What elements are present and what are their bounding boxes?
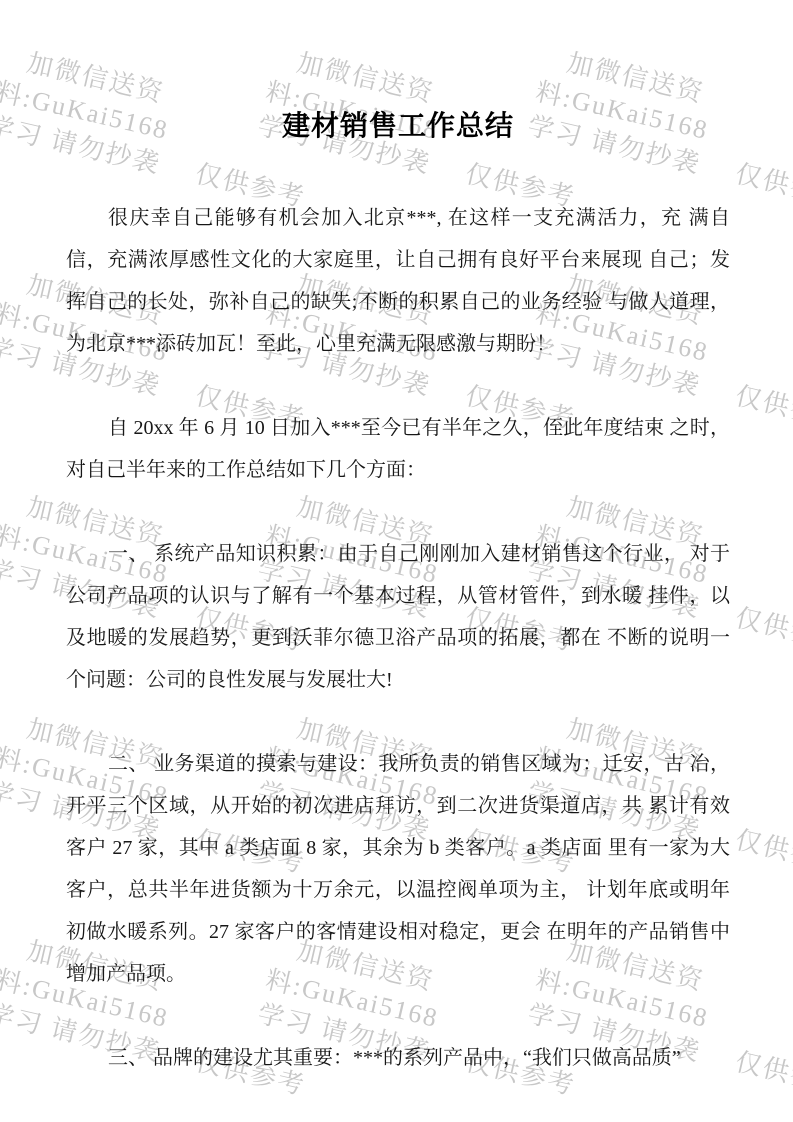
paragraph-section-1: 一、 系统产品知识积累：由于自己刚刚加入建材销售这个行业， 对于公司产品项的认识… [66,533,730,701]
document-title: 建材销售工作总结 [66,103,730,151]
paragraph-intro: 很庆幸自己能够有机会加入北京***, 在这样一支充满活力，充 满自信，充满浓厚感… [66,197,730,365]
document-page: 加微信送资料:GuKai5168学习 请勿抄袭 仅供参考加微信送资料:GuKai… [0,0,793,1122]
paragraph-timeline: 自 20xx 年 6 月 10 日加入***至今已有半年之久，侄此年度结束 之时… [66,407,730,491]
paragraph-section-2: 二、 业务渠道的摸索与建设：我所负责的销售区域为：迁安，古 冶，开平三个区域，从… [66,743,730,995]
document-content: 建材销售工作总结 很庆幸自己能够有机会加入北京***, 在这样一支充满活力，充 … [66,0,730,1079]
paragraph-section-3: 三、 品牌的建设尤其重要：***的系列产品中，“我们只做高品质” [66,1037,730,1079]
